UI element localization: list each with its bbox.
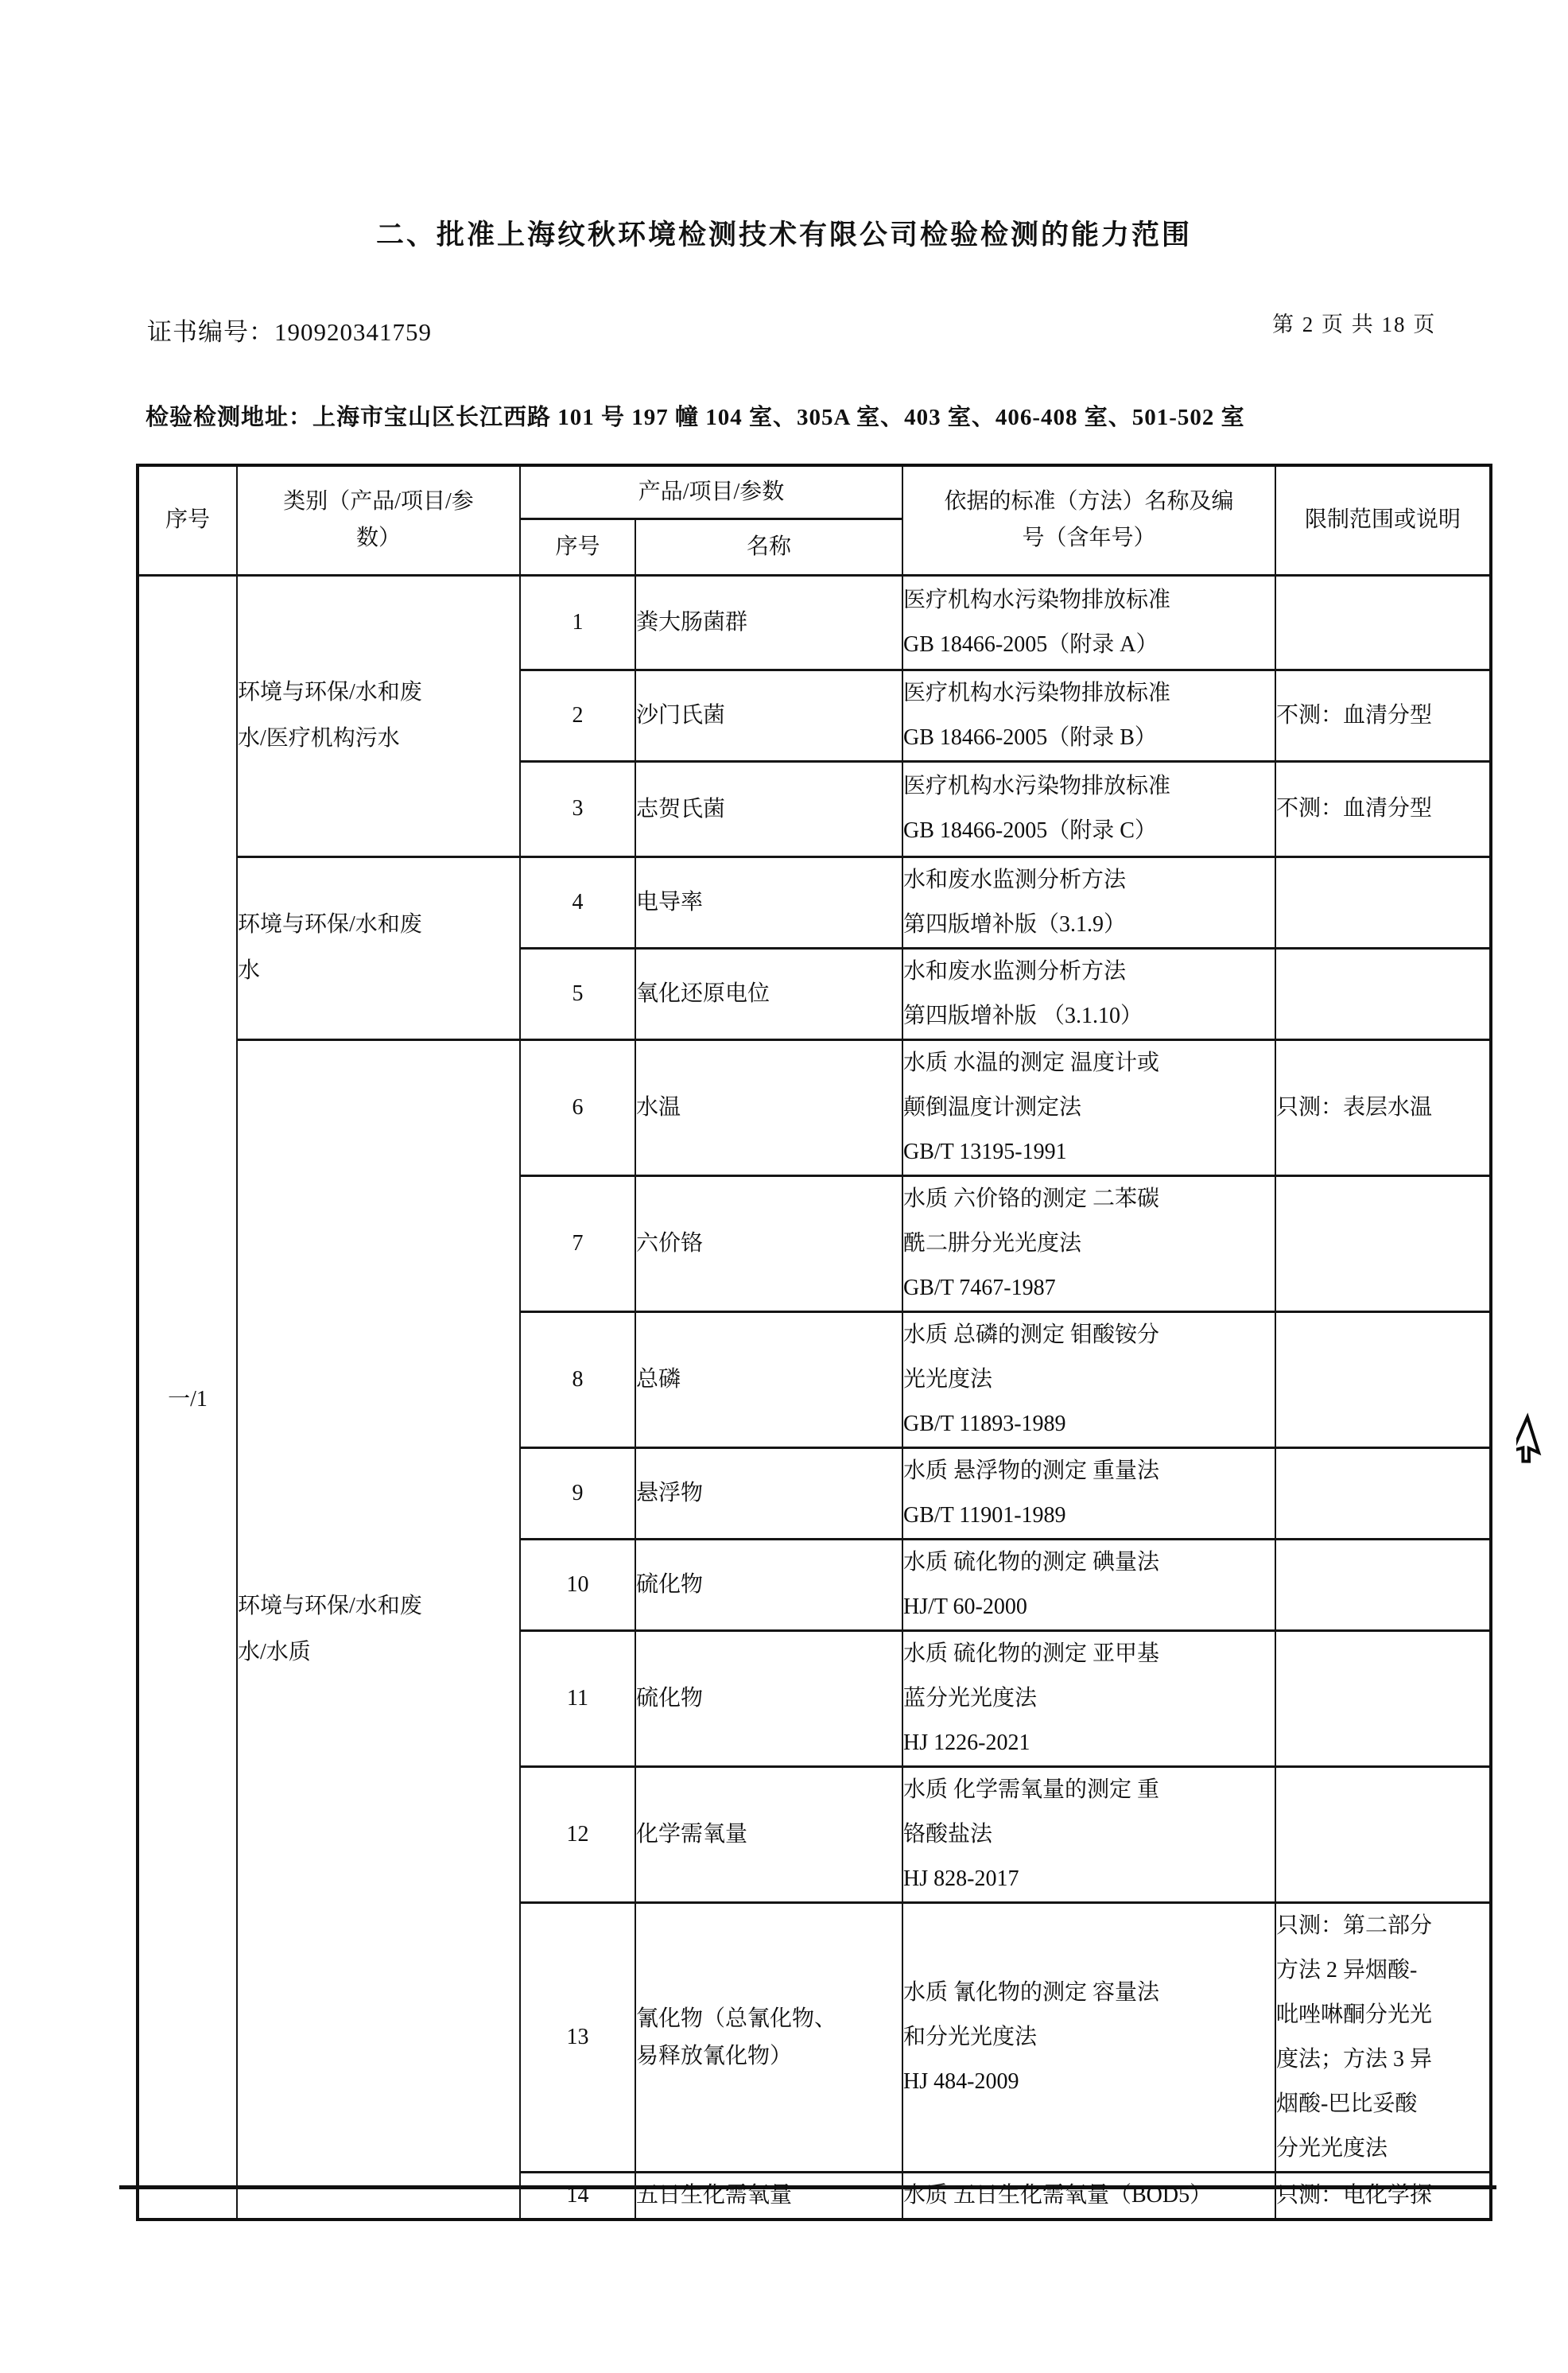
cell-limit: 不测：血清分型 — [1275, 761, 1491, 856]
cell-standard: 医疗机构水污染物排放标准 GB 18466-2005（附录 C） — [902, 761, 1275, 856]
cell-standard: 水质 氰化物的测定 容量法 和分光光度法 HJ 484-2009 — [902, 1902, 1275, 2172]
header-sub-name: 名称 — [635, 518, 902, 575]
cell-limit: 只测：表层水温 — [1275, 1039, 1491, 1175]
cell-limit — [1275, 1539, 1491, 1630]
certificate-row: 证书编号：190920341759 — [147, 312, 432, 348]
cell-item-no: 9 — [520, 1447, 635, 1539]
cell-item-name: 硫化物 — [635, 1539, 902, 1630]
address-label: 检验检测地址： — [146, 405, 312, 430]
cell-item-name: 氧化还原电位 — [635, 948, 902, 1039]
address-value: 上海市宝山区长江西路 101 号 197 幢 104 室、305A 室、403 … — [312, 405, 1245, 430]
certificate-label: 证书编号： — [147, 318, 274, 346]
cell-group-no: 一/1 — [138, 575, 237, 2220]
cell-limit: 不测：血清分型 — [1275, 670, 1491, 761]
cell-standard: 水质 硫化物的测定 亚甲基 蓝分光光度法 HJ 1226-2021 — [902, 1630, 1275, 1766]
cell-standard: 水质 六价铬的测定 二苯碳 酰二肼分光光度法 GB/T 7467-1987 — [902, 1175, 1275, 1311]
cell-limit — [1275, 856, 1491, 948]
cell-standard: 水和废水监测分析方法 第四版增补版 （3.1.10） — [902, 948, 1275, 1039]
cell-item-name: 总磷 — [635, 1311, 902, 1447]
cell-standard: 医疗机构水污染物排放标准 GB 18466-2005（附录 B） — [902, 670, 1275, 761]
cell-standard: 医疗机构水污染物排放标准 GB 18466-2005（附录 A） — [902, 575, 1275, 670]
header-limit: 限制范围或说明 — [1275, 465, 1491, 575]
cell-item-no: 13 — [520, 1902, 635, 2172]
cell-item-name: 硫化物 — [635, 1630, 902, 1766]
cell-item-name: 化学需氧量 — [635, 1766, 902, 1902]
page-title: 二、批准上海纹秋环境检测技术有限公司检验检测的能力范围 — [0, 213, 1568, 253]
table-row: 环境与环保/水和废 水/水质6水温水质 水温的测定 温度计或 颠倒温度计测定法 … — [138, 1039, 1491, 1175]
cell-item-no: 11 — [520, 1630, 635, 1766]
cell-limit: 只测：电化学探 — [1275, 2172, 1491, 2220]
cell-item-no: 5 — [520, 948, 635, 1039]
cell-item-name: 电导率 — [635, 856, 902, 948]
cell-item-name: 水温 — [635, 1039, 902, 1175]
cell-item-no: 6 — [520, 1039, 635, 1175]
cell-standard: 水质 水温的测定 温度计或 颠倒温度计测定法 GB/T 13195-1991 — [902, 1039, 1275, 1175]
cell-item-no: 8 — [520, 1311, 635, 1447]
cell-standard: 水质 化学需氧量的测定 重 铬酸盐法 HJ 828-2017 — [902, 1766, 1275, 1902]
cell-limit — [1275, 1766, 1491, 1902]
cell-category: 环境与环保/水和废 水/水质 — [237, 1039, 520, 2220]
header-no: 序号 — [138, 465, 237, 575]
page-indicator: 第 2 页 共 18 页 — [1272, 307, 1436, 338]
cell-item-name: 沙门氏菌 — [635, 670, 902, 761]
cell-limit — [1275, 1311, 1491, 1447]
cell-item-no: 3 — [520, 761, 635, 856]
cell-standard: 水质 硫化物的测定 碘量法 HJ/T 60-2000 — [902, 1539, 1275, 1630]
cell-item-name: 志贺氏菌 — [635, 761, 902, 856]
cell-standard: 水质 悬浮物的测定 重量法 GB/T 11901-1989 — [902, 1447, 1275, 1539]
cell-item-name: 悬浮物 — [635, 1447, 902, 1539]
document-page: 二、批准上海纹秋环境检测技术有限公司检验检测的能力范围 证书编号：1909203… — [0, 0, 1568, 2373]
cell-limit — [1275, 948, 1491, 1039]
cell-item-no: 1 — [520, 575, 635, 670]
cell-item-name: 六价铬 — [635, 1175, 902, 1311]
capability-table: 序号 类别（产品/项目/参 数） 产品/项目/参数 依据的标准（方法）名称及编 … — [136, 464, 1492, 2221]
cell-standard: 水和废水监测分析方法 第四版增补版（3.1.9） — [902, 856, 1275, 948]
cell-limit — [1275, 1175, 1491, 1311]
cell-item-no: 4 — [520, 856, 635, 948]
cell-limit — [1275, 1447, 1491, 1539]
cell-item-no: 7 — [520, 1175, 635, 1311]
table-row: 一/1环境与环保/水和废 水/医疗机构污水1粪大肠菌群医疗机构水污染物排放标准 … — [138, 575, 1491, 670]
cell-item-no: 10 — [520, 1539, 635, 1630]
header-product-group: 产品/项目/参数 — [520, 465, 902, 518]
cell-item-name: 五日生化需氧量 — [635, 2172, 902, 2220]
header-row-1: 序号 类别（产品/项目/参 数） 产品/项目/参数 依据的标准（方法）名称及编 … — [138, 465, 1491, 518]
mouse-cursor-icon — [1516, 1412, 1568, 1476]
table-row: 环境与环保/水和废 水4电导率水和废水监测分析方法 第四版增补版（3.1.9） — [138, 856, 1491, 948]
cell-item-no: 14 — [520, 2172, 635, 2220]
header-category: 类别（产品/项目/参 数） — [237, 465, 520, 575]
cell-limit — [1275, 575, 1491, 670]
cell-limit — [1275, 1630, 1491, 1766]
cell-standard: 水质 五日生化需氧量（BOD5） — [902, 2172, 1275, 2220]
header-standard: 依据的标准（方法）名称及编 号（含年号） — [902, 465, 1275, 575]
cell-limit: 只测：第二部分 方法 2 异烟酸- 吡唑啉酮分光光 度法；方法 3 异 烟酸-巴… — [1275, 1902, 1491, 2172]
cell-item-name: 氰化物（总氰化物、 易释放氰化物） — [635, 1902, 902, 2172]
cell-item-no: 2 — [520, 670, 635, 761]
header-sub-no: 序号 — [520, 518, 635, 575]
cell-item-no: 12 — [520, 1766, 635, 1902]
certificate-number: 190920341759 — [274, 318, 432, 346]
address-row: 检验检测地址：上海市宝山区长江西路 101 号 197 幢 104 室、305A… — [146, 399, 1245, 432]
cell-standard: 水质 总磷的测定 钼酸铵分 光光度法 GB/T 11893-1989 — [902, 1311, 1275, 1447]
cell-item-name: 粪大肠菌群 — [635, 575, 902, 670]
cell-category: 环境与环保/水和废 水 — [237, 856, 520, 1039]
cell-category: 环境与环保/水和废 水/医疗机构污水 — [237, 575, 520, 856]
